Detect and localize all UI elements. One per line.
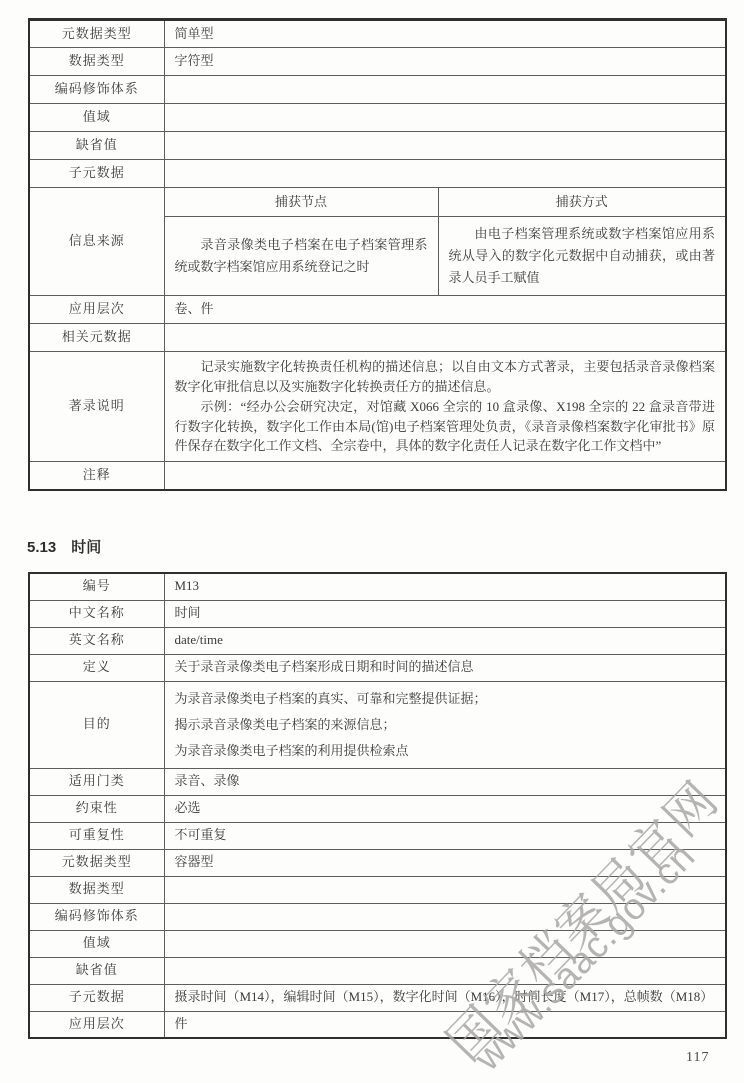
row-value	[164, 903, 726, 930]
row-label: 元数据类型	[29, 20, 164, 48]
row-label: 应用层次	[29, 296, 164, 324]
row-label: 定义	[29, 654, 164, 681]
row-value: 件	[164, 1011, 726, 1038]
description-paragraph-2: 示例：“经办公会研究决定，对馆藏 X066 全宗的 10 盒录像、X198 全宗…	[175, 397, 716, 456]
row-label: 应用层次	[29, 1011, 164, 1038]
row-value: 时间	[164, 600, 726, 627]
capture-method-header: 捕获方式	[438, 188, 726, 217]
row-value: 字符型	[164, 48, 726, 76]
row-value: 不可重复	[164, 822, 726, 849]
row-value	[164, 876, 726, 903]
row-label: 编码修饰体系	[29, 76, 164, 104]
capture-method-cell: 由电子档案管理系统或数字档案馆应用系统从导入的数字化元数据中自动捕获，或由著录人…	[438, 217, 726, 296]
row-label: 编码修饰体系	[29, 903, 164, 930]
capture-node-header: 捕获节点	[164, 188, 438, 217]
purpose-line-3: 为录音录像类电子档案的利用提供检索点	[175, 738, 716, 764]
row-label: 值域	[29, 930, 164, 957]
row-value	[164, 957, 726, 984]
row-value	[164, 324, 726, 352]
row-label: 子元数据	[29, 984, 164, 1011]
purpose-line-1: 为录音录像类电子档案的真实、可靠和完整提供证据；	[175, 686, 716, 712]
row-value: 录音、录像	[164, 768, 726, 795]
row-value	[164, 462, 726, 490]
description-paragraph-1: 记录实施数字化转换责任机构的描述信息；以自由文本方式著录，主要包括录音录像档案数…	[175, 357, 716, 397]
metadata-table-m13-time: 编号 M13 中文名称 时间 英文名称 date/time 定义 关于录音录像类…	[28, 572, 727, 1039]
metadata-table-continued: 元数据类型 简单型 数据类型 字符型 编码修饰体系 值域 缺省值 子元数据	[28, 18, 727, 491]
row-label-description: 著录说明	[29, 352, 164, 462]
document-page: 元数据类型 简单型 数据类型 字符型 编码修饰体系 值域 缺省值 子元数据	[0, 0, 744, 1083]
row-label: 缺省值	[29, 132, 164, 160]
row-value: M13	[164, 573, 726, 600]
row-label: 子元数据	[29, 160, 164, 188]
section-heading: 5.13时间	[27, 536, 101, 557]
row-label: 适用门类	[29, 768, 164, 795]
section-number: 5.13	[27, 539, 56, 556]
row-value: date/time	[164, 627, 726, 654]
row-value	[164, 930, 726, 957]
row-label: 数据类型	[29, 876, 164, 903]
row-label: 英文名称	[29, 627, 164, 654]
row-value: 容器型	[164, 849, 726, 876]
row-label-purpose: 目的	[29, 681, 164, 768]
row-value: 卷、件	[164, 296, 726, 324]
row-label: 编号	[29, 573, 164, 600]
purpose-line-2: 揭示录音录像类电子档案的来源信息；	[175, 712, 716, 738]
page-number: 117	[686, 1050, 709, 1066]
row-value: 摄录时间（M14），编辑时间（M15），数字化时间（M16），时间长度（M17）…	[164, 984, 726, 1011]
description-cell: 记录实施数字化转换责任机构的描述信息；以自由文本方式著录，主要包括录音录像档案数…	[164, 352, 726, 462]
row-label-info-source: 信息来源	[29, 188, 164, 296]
purpose-cell: 为录音录像类电子档案的真实、可靠和完整提供证据； 揭示录音录像类电子档案的来源信…	[164, 681, 726, 768]
row-label: 约束性	[29, 795, 164, 822]
row-value	[164, 76, 726, 104]
row-value: 必选	[164, 795, 726, 822]
row-label: 数据类型	[29, 48, 164, 76]
capture-node-cell: 录音录像类电子档案在电子档案管理系统或数字档案馆应用系统登记之时	[164, 217, 438, 296]
row-value	[164, 132, 726, 160]
row-label: 注释	[29, 462, 164, 490]
row-label: 可重复性	[29, 822, 164, 849]
row-value	[164, 160, 726, 188]
row-value: 关于录音录像类电子档案形成日期和时间的描述信息	[164, 654, 726, 681]
section-title: 时间	[71, 539, 101, 556]
capture-method-text: 由电子档案管理系统或数字档案馆应用系统从导入的数字化元数据中自动捕获，或由著录人…	[449, 223, 716, 289]
row-label: 相关元数据	[29, 324, 164, 352]
row-value	[164, 104, 726, 132]
row-label: 值域	[29, 104, 164, 132]
row-label: 缺省值	[29, 957, 164, 984]
row-label: 元数据类型	[29, 849, 164, 876]
capture-node-text: 录音录像类电子档案在电子档案管理系统或数字档案馆应用系统登记之时	[175, 234, 428, 278]
row-value: 简单型	[164, 20, 726, 48]
row-label: 中文名称	[29, 600, 164, 627]
